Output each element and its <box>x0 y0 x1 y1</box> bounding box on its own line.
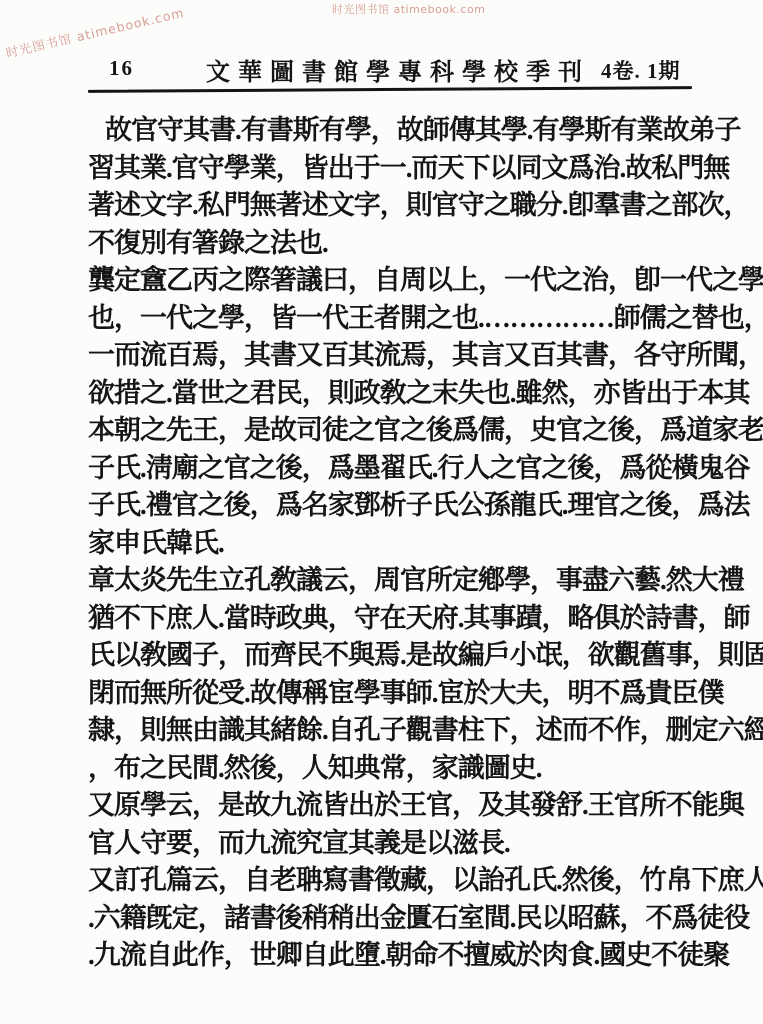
text-line: ，布之民間.然後，人知典常，家識圖史. <box>88 750 708 788</box>
watermark-top-center: 时光图书馆 atimebook.com <box>332 1 485 17</box>
watermark-top-left: 时光图书馆 atimebook.com <box>4 3 186 62</box>
text-line: 欲措之.當世之君民，則政敎之末失也.雖然，亦皆出于本其 <box>88 375 708 413</box>
scanned-journal-page: 时光图书馆 atimebook.com 时光图书馆 atimebook.com … <box>0 0 763 1024</box>
text-line: 本朝之先王，是故司徒之官之後爲儒，史官之後，爲道家老 <box>88 412 708 450</box>
text-line: 故官守其書.有書斯有學，故師傳其學.有學斯有業故弟子 <box>88 112 708 150</box>
text-line: .六籍旣定，諸書後稍稍出金匱石室間.民以昭蘇，不爲徒役 <box>88 900 708 938</box>
text-line: 家申氏韓氏. <box>88 525 708 563</box>
paragraph: 龔定盦乙丙之際箸議曰，自周以上，一代之治，卽一代之學也，一代之學，皆一代王者開之… <box>88 262 708 562</box>
text-line: 閉而無所從受.故傳稱宦學事師.宦於大夫，明不爲貴臣僕 <box>88 675 708 713</box>
paragraph: 又原學云，是故九流皆出於王官，及其發舒.王官所不能與官人守要，而九流究宣其義是以… <box>88 787 708 862</box>
text-line: 子氏.禮官之後，爲名家鄧析子氏公孫龍氏.理官之後，爲法 <box>88 487 708 525</box>
text-line: 也，一代之學，皆一代王者開之也.……………師儒之替也，源 <box>88 300 708 338</box>
paragraph: 故官守其書.有書斯有學，故師傳其學.有學斯有業故弟子習其業.官守學業，皆出于一.… <box>88 112 708 262</box>
header-rule <box>88 86 692 93</box>
journal-title: 文華圖書館學專科學校季刊 <box>206 52 590 87</box>
text-line: 又原學云，是故九流皆出於王官，及其發舒.王官所不能與 <box>88 787 708 825</box>
text-line: 子氏.淸廟之官之後，爲墨翟氏.行人之官之後，爲從橫鬼谷 <box>88 450 708 488</box>
text-line: 猶不下庶人.當時政典，守在天府.其事蹟，略俱於詩書，師 <box>88 600 708 638</box>
text-line: 隸，則無由識其緒餘.自孔子觀書柱下，述而不作，删定六經 <box>88 712 708 750</box>
page-number: 16 <box>109 56 134 81</box>
text-line: 一而流百焉，其書又百其流焉，其言又百其書，各守所聞，各 <box>88 337 708 375</box>
text-line: 著述文字.私門無著述文字，則官守之職分.卽羣書之部次， <box>88 187 708 225</box>
issue-label: 4卷. 1期 <box>601 55 681 85</box>
paragraph: 又訂孔篇云，自老聃寫書徵藏，以詒孔氏.然後，竹帛下庶人.六籍旣定，諸書後稍稍出金… <box>88 862 708 975</box>
text-line: 龔定盦乙丙之際箸議曰，自周以上，一代之治，卽一代之學 <box>88 262 708 300</box>
body-text: 故官守其書.有書斯有學，故師傳其學.有學斯有業故弟子習其業.官守學業，皆出于一.… <box>88 112 708 975</box>
text-line: 氏以敎國子，而齊民不與焉.是故編戶小氓，欲觀舊事，則固 <box>88 637 708 675</box>
text-line: 又訂孔篇云，自老聃寫書徵藏，以詒孔氏.然後，竹帛下庶人 <box>88 862 708 900</box>
text-line: .九流自此作，世卿自此墮.朝命不擅威於肉食.國史不徒聚 <box>88 937 708 975</box>
paragraph: 章太炎先生立孔敎議云，周官所定鄕學，事盡六藝.然大禮猶不下庶人.當時政典，守在天… <box>88 562 708 787</box>
text-line: 章太炎先生立孔敎議云，周官所定鄕學，事盡六藝.然大禮 <box>88 562 708 600</box>
text-line: 習其業.官守學業，皆出于一.而天下以同文爲治.故私門無 <box>88 150 708 188</box>
text-line: 官人守要，而九流究宣其義是以滋長. <box>88 825 708 863</box>
text-line: 不復別有箸錄之法也. <box>88 225 708 263</box>
